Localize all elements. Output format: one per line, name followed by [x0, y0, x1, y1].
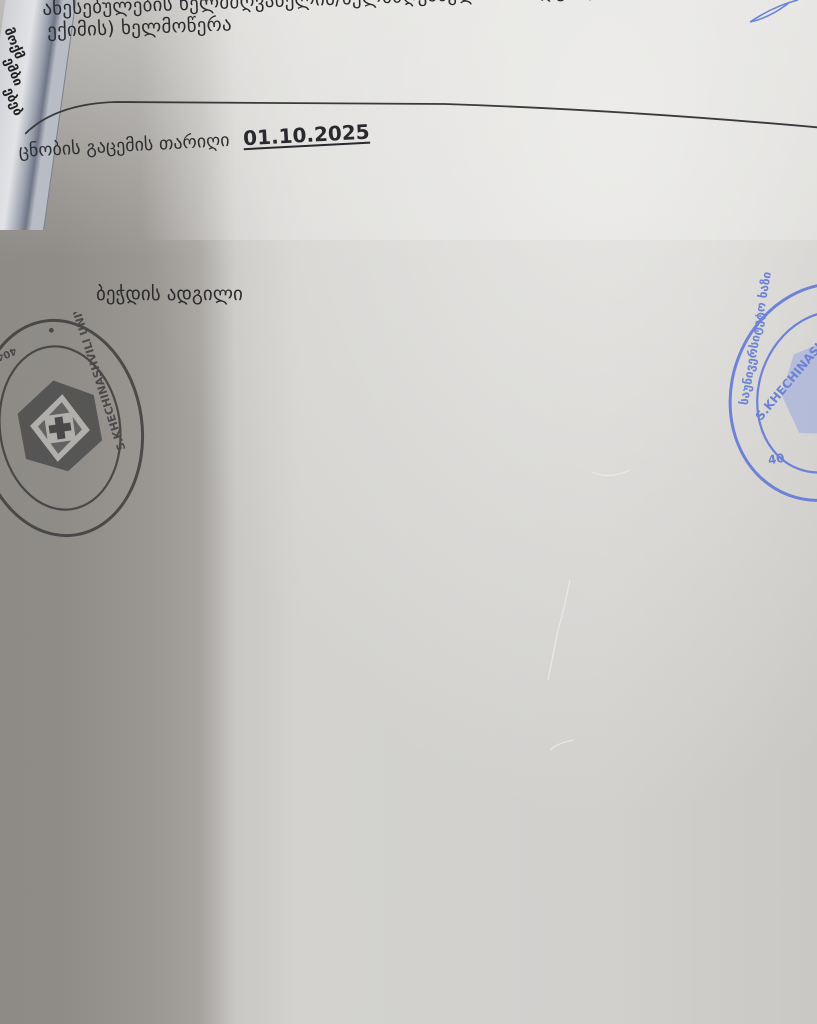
blue-stamp-outer: საუნივერსიტეტო ხაზის — [737, 272, 775, 406]
blue-stamp: S.KHECHINASHVILI საუნივერსიტეტო ხაზის 40 — [722, 272, 817, 522]
black-stamp: 404486123 S.KHECHINASHVILI UNIVERSITY — [0, 312, 148, 544]
black-stamp-id: 404486123 — [0, 344, 18, 379]
stamp-place-label: ბეჭდის ადგილი — [96, 283, 243, 305]
blue-stamp-id: 40 — [767, 451, 786, 468]
pen-stroke — [720, 0, 817, 30]
